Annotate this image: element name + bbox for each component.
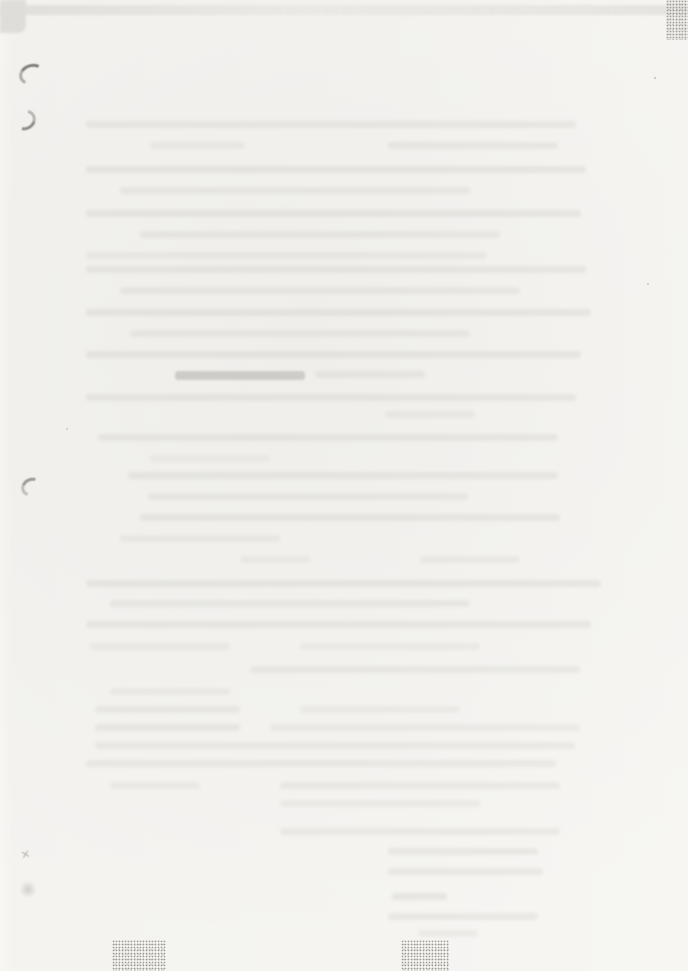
ghost-text-line <box>86 394 576 401</box>
ghost-text-line <box>175 371 305 380</box>
ghost-text-line <box>388 142 558 149</box>
ghost-text-line <box>150 142 245 149</box>
ghost-text-line <box>95 742 575 749</box>
ghost-text-line <box>280 828 560 835</box>
ghost-text-line <box>86 580 601 587</box>
ghost-text-line <box>128 472 558 479</box>
ghost-text-line <box>110 688 230 695</box>
ghost-text-line <box>86 621 591 628</box>
ghost-text-line <box>270 724 580 731</box>
ghost-text-line <box>86 351 581 358</box>
ghost-text-line <box>120 535 280 542</box>
ghost-text-line <box>110 782 200 789</box>
ghost-text-line <box>420 556 520 563</box>
scanned-document-page: ✕ <box>0 0 688 971</box>
ghost-text-line <box>86 166 586 173</box>
ghost-text-line <box>388 913 538 920</box>
ghost-text-line <box>148 493 468 500</box>
ghost-text-line <box>130 330 470 337</box>
ghost-text-line <box>280 800 480 807</box>
ghost-text-line <box>300 706 460 713</box>
ghost-text-line <box>95 706 240 713</box>
ghost-text-line <box>90 643 230 650</box>
ghost-text-line <box>95 724 240 731</box>
ghost-text-line <box>300 643 480 650</box>
ghost-text-line <box>388 868 543 875</box>
ghost-text-layer <box>0 0 688 971</box>
ghost-text-line <box>86 309 591 316</box>
ghost-text-line <box>418 930 478 937</box>
ghost-text-line <box>250 666 580 673</box>
ghost-text-line <box>140 514 560 521</box>
ghost-text-line <box>98 434 558 441</box>
ghost-text-line <box>392 893 447 900</box>
ghost-text-line <box>120 187 470 194</box>
ghost-text-line <box>86 121 576 128</box>
ghost-text-line <box>280 782 560 789</box>
ghost-text-line <box>120 287 520 294</box>
ghost-text-line <box>140 231 500 238</box>
ghost-text-line <box>385 411 475 418</box>
ghost-text-line <box>86 760 556 767</box>
ghost-text-line <box>388 848 538 855</box>
ghost-text-line <box>240 556 310 563</box>
ghost-text-line <box>86 252 486 259</box>
ghost-text-line <box>86 266 586 273</box>
ghost-text-line <box>150 455 270 462</box>
ghost-text-line <box>110 600 470 607</box>
ghost-text-line <box>315 371 425 378</box>
ghost-text-line <box>86 210 581 217</box>
